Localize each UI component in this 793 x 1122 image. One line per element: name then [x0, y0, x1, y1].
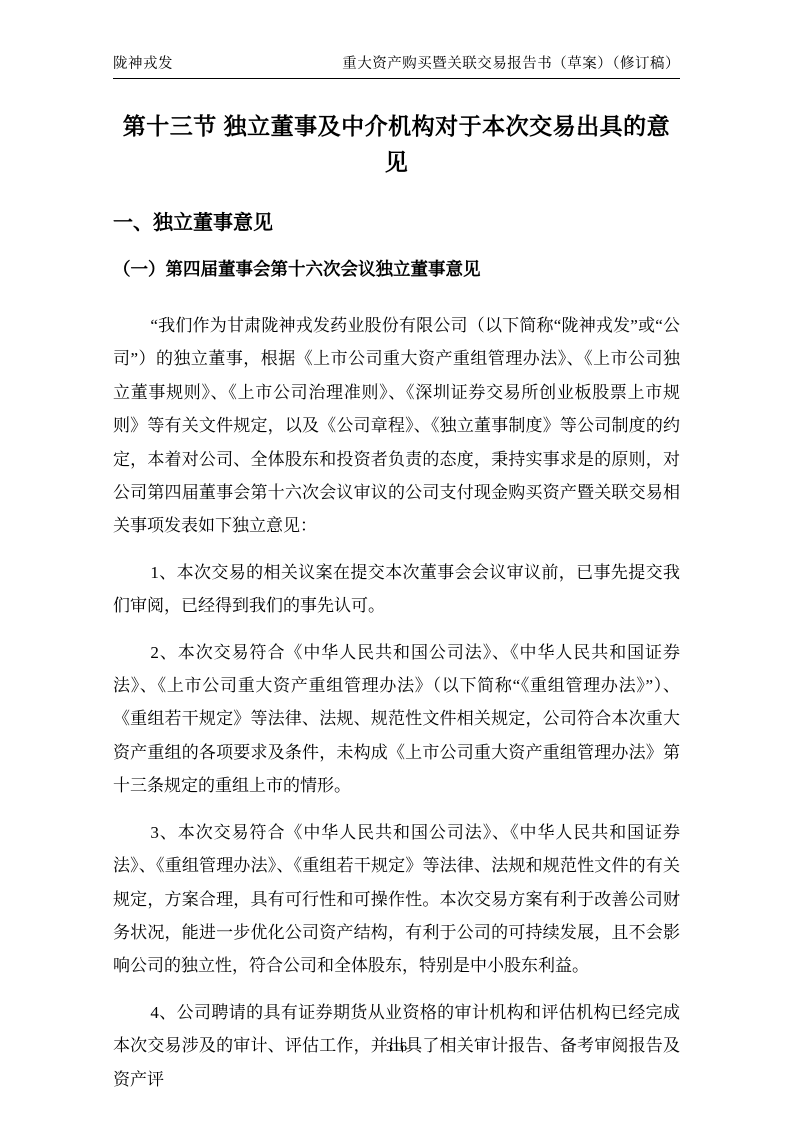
document-page: 陇神戎发 重大资产购买暨关联交易报告书（草案）（修订稿） 第十三节 独立董事及中… — [0, 0, 793, 1122]
heading-board-meeting-opinion: （一）第四届董事会第十六次会议独立董事意见 — [113, 256, 680, 282]
paragraph-intro: “我们作为甘肃陇神戎发药业股份有限公司（以下简称“陇神戎发”或“公司”）的独立董… — [113, 309, 680, 543]
paragraph-item-3: 3、本次交易符合《中华人民共和国公司法》、《中华人民共和国证券法》、《重组管理办… — [113, 816, 680, 983]
paragraph-item-2: 2、本次交易符合《中华人民共和国公司法》、《中华人民共和国证券法》、《上市公司重… — [113, 636, 680, 803]
document-content: 第十三节 独立董事及中介机构对于本次交易出具的意见 一、独立董事意见 （一）第四… — [113, 79, 680, 1096]
section-title: 第十三节 独立董事及中介机构对于本次交易出具的意见 — [113, 108, 680, 180]
heading-independent-directors-opinion: 一、独立董事意见 — [113, 210, 680, 237]
running-header-company: 陇神戎发 — [113, 54, 173, 74]
running-header-report-title: 重大资产购买暨关联交易报告书（草案）（修订稿） — [342, 54, 680, 74]
paragraph-item-1: 1、本次交易的相关议案在提交本次董事会会议审议前，已事先提交我们审阅，已经得到我… — [113, 556, 680, 623]
running-header: 陇神戎发 重大资产购买暨关联交易报告书（草案）（修订稿） — [113, 54, 680, 79]
page-number: 316 — [0, 1038, 793, 1058]
